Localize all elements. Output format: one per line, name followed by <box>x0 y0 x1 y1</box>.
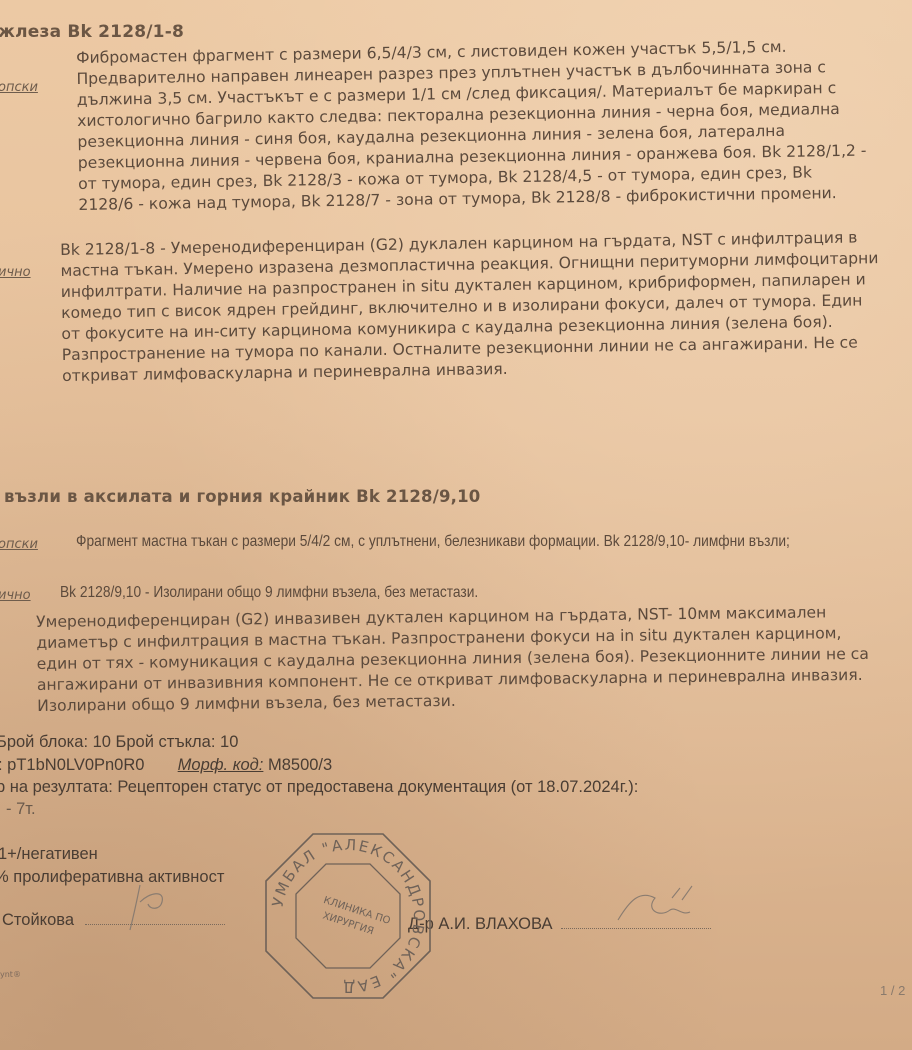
page-number: 1 / 2 <box>880 983 905 998</box>
morph-code-value: M8500/3 <box>268 756 332 774</box>
receptor-status-line: р на резултата: Рецепторен статус от пре… <box>0 778 638 797</box>
score-line: - 7т. <box>6 800 36 819</box>
blocks-count: Брой блока: 10 Брой стъкла: 10 <box>0 733 238 752</box>
microscopy-text-lymph-nodes: Bk 2128/9,10 - Изолирани общо 9 лимфни в… <box>60 584 478 602</box>
footer-mark: ynt® <box>0 970 21 979</box>
macroscopy-label: опски <box>0 80 38 95</box>
morph-code-label: Морф. код: <box>178 756 264 774</box>
handwritten-signature-right <box>610 880 720 940</box>
microscopy-text-breast: Bk 2128/1-8 - Умеренодиференциран (G2) д… <box>60 227 880 387</box>
text-line: Bk 2128/9,10 - Изолирани общо 9 лимфни в… <box>60 584 478 601</box>
section-title-lymph-nodes: възли в аксилата и горния крайник Bk 212… <box>4 487 480 506</box>
signer-left-name: Стойкова <box>2 911 74 929</box>
handwritten-signature-left <box>110 880 190 940</box>
tnm-line: : pT1bN0LV0Pn0R0 Морф. код: M8500/3 <box>0 756 332 775</box>
section-title-breast: жлеза Bk 2128/1-8 <box>0 22 184 42</box>
text-line: Фрагмент мастна тъкан с размери 5/4/2 см… <box>76 533 685 550</box>
text-line: - лимфни възли; <box>685 533 790 550</box>
tnm-code: : pT1bN0LV0Pn0R0 <box>0 756 144 774</box>
her2-line: 1+/негативен <box>0 845 98 864</box>
conclusion-text: Умеренодиференциран (G2) инвазивен дукта… <box>36 602 869 717</box>
microscopy-label-2: ично <box>0 588 31 603</box>
hospital-stamp: УМБАЛ "АЛЕКСАНДРОВСКА" ЕАД КЛИНИКА ПО ХИ… <box>258 826 438 1006</box>
stamp-outer-text: УМБАЛ "АЛЕКСАНДРОВСКА" ЕАД <box>269 836 428 996</box>
macroscopy-label-2: опски <box>0 537 38 552</box>
microscopy-label: ично <box>0 265 31 280</box>
macroscopy-text-breast: Фибромастен фрагмент с размери 6,5/4/3 с… <box>76 36 867 216</box>
macroscopy-text-lymph-nodes: Фрагмент мастна тъкан с размери 5/4/2 см… <box>76 530 790 553</box>
